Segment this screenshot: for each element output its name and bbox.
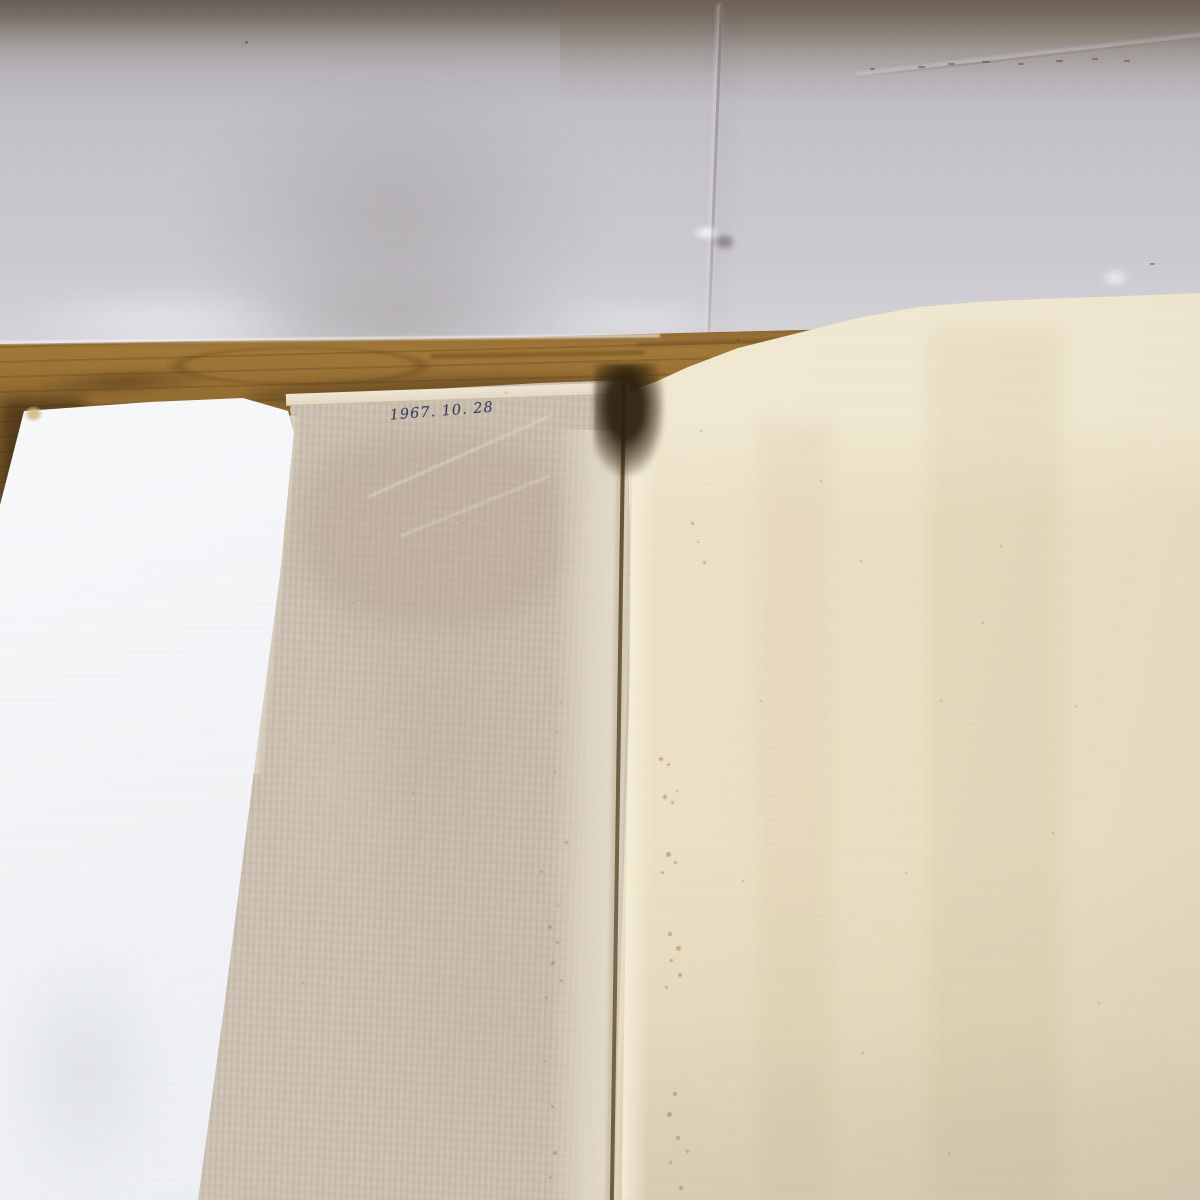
backdrop-mark xyxy=(245,41,248,44)
backdrop-mark xyxy=(948,63,955,65)
backdrop-mark xyxy=(1092,58,1098,60)
backdrop-mark xyxy=(1018,63,1024,65)
backdrop-mark xyxy=(870,68,875,70)
backdrop-mark xyxy=(918,66,925,68)
backdrop-mark xyxy=(982,61,990,63)
backdrop-pencil-marks xyxy=(0,0,1200,1200)
backdrop-mark xyxy=(737,339,740,341)
backdrop-mark xyxy=(1150,263,1155,265)
photo-open-book-scene: 1967. 10. 28 xyxy=(0,0,1200,1200)
backdrop-mark xyxy=(1124,60,1130,62)
backdrop-mark xyxy=(1056,60,1063,62)
